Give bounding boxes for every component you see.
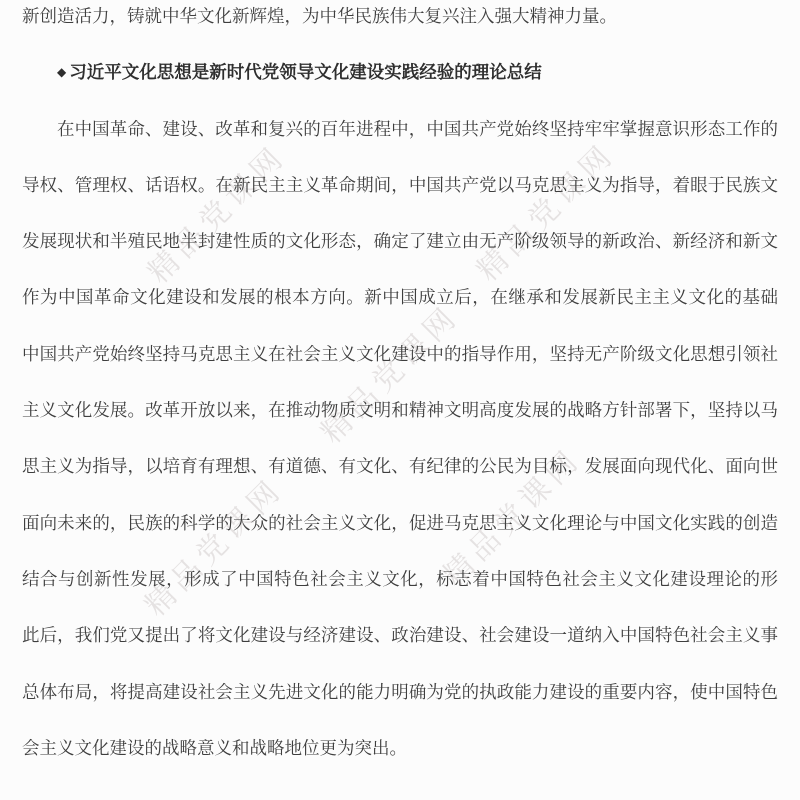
text-line: 面向未来的，民族的科学的大众的社会主义文化，促进马克思主义文化理论与中国文化实践… (22, 495, 778, 551)
section-heading: ◆习近平文化思想是新时代党领导文化建设实践经验的理论总结 (22, 44, 778, 100)
section-heading-text: 习近平文化思想是新时代党领导文化建设实践经验的理论总结 (69, 62, 542, 82)
text-line: 思主义为指导，以培育有理想、有道德、有文化、有纪律的公民为目标，发展面向现代化、… (22, 438, 778, 494)
text-line: 会主义文化建设的战略意义和战略地位更为突出。 (22, 720, 778, 776)
text-line: 结合与创新性发展，形成了中国特色社会主义文化，标志着中国特色社会主义文化建设理论… (22, 551, 778, 607)
text-line: 总体布局，将提高建设社会主义先进文化的能力明确为党的执政能力建设的重要内容，使中… (22, 664, 778, 720)
text-line: 此后，我们党又提出了将文化建设与经济建设、政治建设、社会建设一道纳入中国特色社会… (22, 607, 778, 663)
diamond-bullet-icon: ◆ (57, 65, 66, 79)
document-content: 新创造活力，铸就中华文化新辉煌，为中华民族伟大复兴注入强大精神力量。 ◆习近平文… (22, 0, 778, 776)
text-line: 中国共产党始终坚持马克思主义在社会主义文化建设中的指导作用，坚持无产阶级文化思想… (22, 326, 778, 382)
document-page: 精品党课网 精品党课网 精品党课网 精品党课网 精品党课网 新创造活力，铸就中华… (0, 0, 800, 800)
text-line: 主义文化发展。改革开放以来，在推动物质文明和精神文明高度发展的战略方针部署下，坚… (22, 382, 778, 438)
text-line: 发展现状和半殖民地半封建性质的文化形态，确定了建立由无产阶级领导的新政治、新经济… (22, 213, 778, 269)
text-line: 导权、管理权、话语权。在新民主主义革命期间，中国共产党以马克思主义为指导，着眼于… (22, 157, 778, 213)
text-line: 在中国革命、建设、改革和复兴的百年进程中，中国共产党始终坚持牢牢掌握意识形态工作… (22, 101, 778, 157)
text-line: 作为中国革命文化建设和发展的根本方向。新中国成立后，在继承和发展新民主主义文化的… (22, 269, 778, 325)
paragraph-end-line: 新创造活力，铸就中华文化新辉煌，为中华民族伟大复兴注入强大精神力量。 (22, 0, 778, 44)
